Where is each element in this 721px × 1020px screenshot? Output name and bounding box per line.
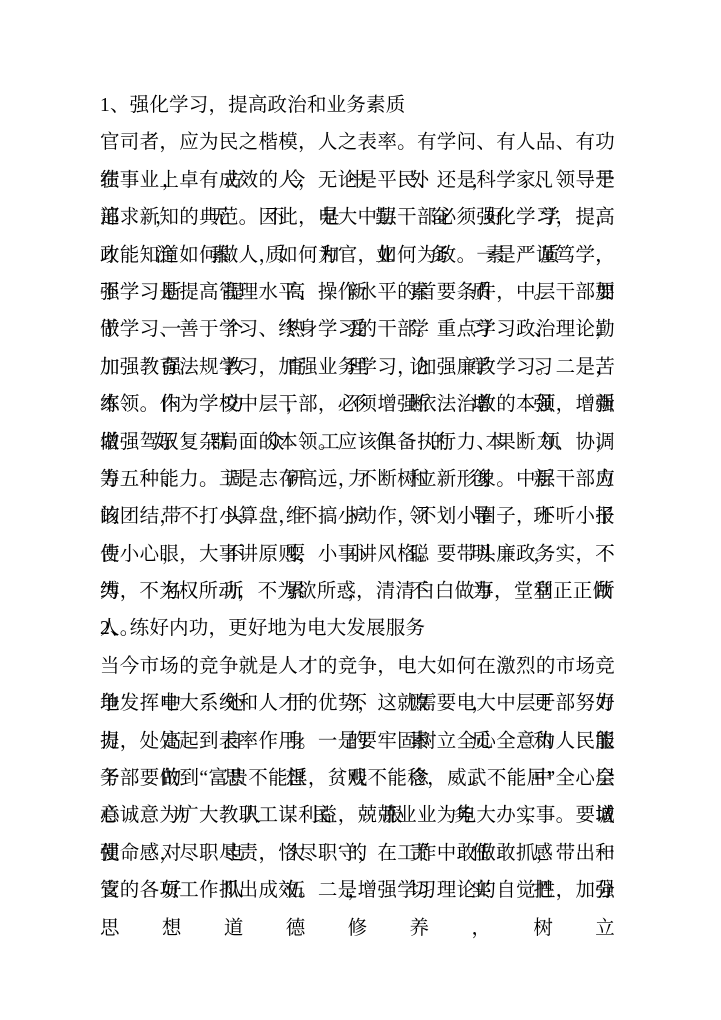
- paragraph-line: 才能知道如何做人，如何为官，如何为政。一是严谨笃学，不断提高新素质。加: [100, 237, 615, 274]
- paragraph-line: 使小心眼，大事讲原则，小事讲风格。要带头廉政务实，不为名所累，不为利所: [100, 536, 615, 573]
- section-heading-line: 2、练好内功，更好地为电大发展服务: [100, 610, 615, 647]
- paragraph-line: 等五种能力。三是志存高远，不断树立新形象。中层干部应该带头维护领导班子: [100, 461, 615, 498]
- document-body: 1、强化学习，提高政治和业务素质官司者，应为民之楷模，人之表率。有学问、有人品、…: [100, 87, 615, 910]
- paragraph-line: 管的各项工作抓出成效。二是增强学习理论的自觉性，加强思想道德修养，树立: [100, 872, 615, 909]
- paragraph-line: 使命感，尽职尽责，恪尽职守，在工作中敢做敢抓，带出一支好队伍，切实把分: [100, 835, 615, 872]
- paragraph-line: 官司者，应为民之楷模，人之表率。有学问、有人品、有功绩，古今中外，凡是: [100, 124, 615, 161]
- paragraph-line: 于学习、善于学习、终身学习的干部。重点学习政治理论，加强教育理论学习，: [100, 311, 615, 348]
- paragraph-line: 当今市场的竞争就是人才的竞争，电大如何在激烈的市场竞争中处于不败，更好: [100, 648, 615, 685]
- paragraph-line: 缚，不为权所动，不为欲所惑，清清白白做事，堂堂正正做人。: [100, 573, 615, 610]
- paragraph-line: 本领。作为学校中层干部，必须增强依法治教的本领，增强做好群众工作的本领，: [100, 386, 615, 423]
- paragraph-line: 强学习是提高管理水平、操作水平的首要条件，中层干部要做一个热爱学习、勤: [100, 274, 615, 311]
- document-page: 1、强化学习，提高政治和业务素质官司者，应为民之楷模，人之表率。有学问、有人品、…: [0, 0, 721, 1020]
- section-heading-line: 1、强化学习，提高政治和业务素质: [100, 87, 615, 124]
- paragraph-line: 加强教育法规学习，加强业务学习，加强廉政学习。二是苦练内功，不断增强新: [100, 349, 615, 386]
- paragraph-line: 的团结，不打小算盘，不搞小动作，不划小圈子，不听小报告，不耍小聪明，不: [100, 498, 615, 535]
- paragraph-line: 力，处处起到表率作用。一是要牢固树立全心全意为人民服务的思想观念。中层: [100, 723, 615, 760]
- paragraph-line: 地发挥电大系统和人才的优势，这就需要电大中层干部努力提高自身的素质和能: [100, 685, 615, 722]
- paragraph-line: 在事业上卓有成效的人，无论是平民、还是科学家、领导干部，无不是勤奋好学，: [100, 162, 615, 199]
- paragraph-line: 增强驾驭复杂局面的本领。应该具备执行力、果断力、协调力、调研力和创新力: [100, 424, 615, 461]
- paragraph-line: 追求新知的典范。因此，电大中层干部必须强化学习，提高政治素质和业务素质，: [100, 199, 615, 236]
- paragraph-line: 干部要做到“富贵不能淫，贫贱不能移，威武不能屈”全心全意为人民服务，诚: [100, 760, 615, 797]
- paragraph-line: 心诚意为广大教职工谋利益，兢兢业业为电大办实事。要增强对电大的责任感和: [100, 797, 615, 834]
